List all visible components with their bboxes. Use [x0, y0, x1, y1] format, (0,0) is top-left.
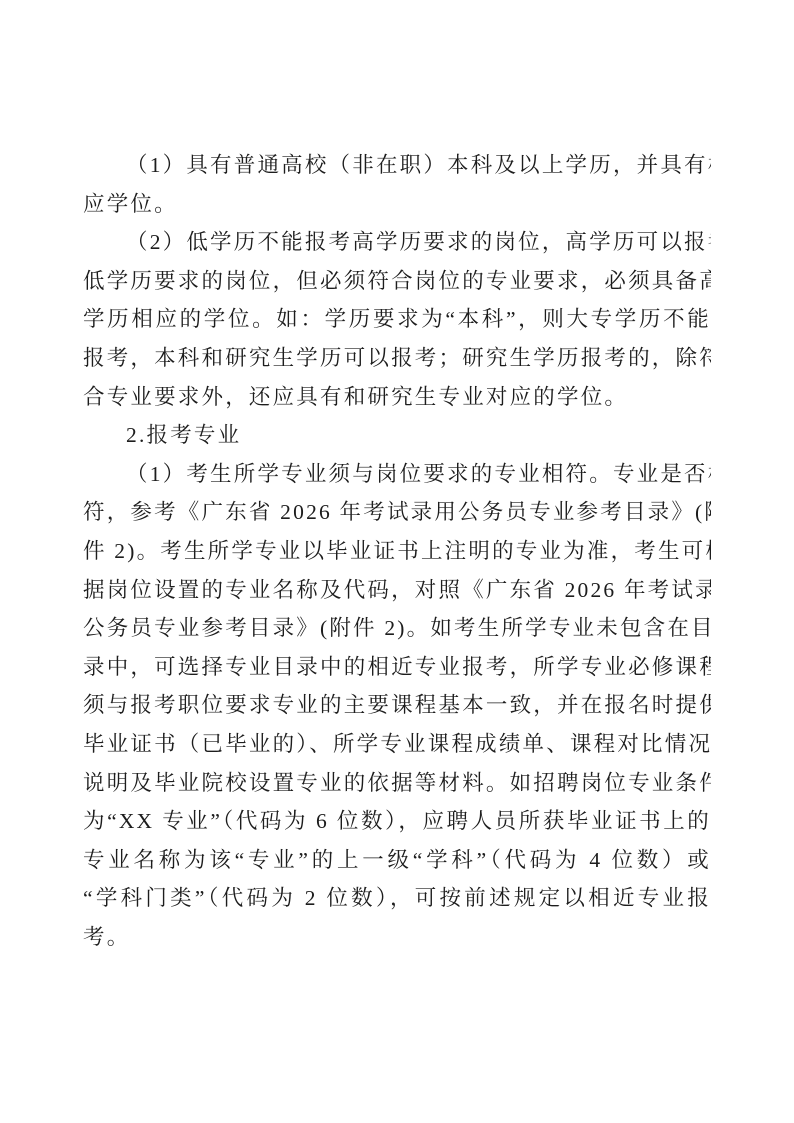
text-line: 据岗位设置的专业名称及代码，对照《广东省 2026 年考试录用 [83, 571, 711, 610]
text-line: （2）低学历不能报考高学历要求的岗位，高学历可以报考 [83, 223, 711, 262]
document-text-block: （1）具有普通高校（非在职）本科及以上学历，并具有相应学位。（2）低学历不能报考… [83, 146, 711, 956]
text-line: 报考，本科和研究生学历可以报考；研究生学历报考的，除符 [83, 339, 711, 378]
text-line: 符，参考《广东省 2026 年考试录用公务员专业参考目录》(附 [83, 493, 711, 532]
text-line: 须与报考职位要求专业的主要课程基本一致，并在报名时提供 [83, 686, 711, 725]
text-line: 录中，可选择专业目录中的相近专业报考，所学专业必修课程 [83, 648, 711, 687]
text-line: 考。 [83, 918, 711, 957]
text-line: 合专业要求外，还应具有和研究生专业对应的学位。 [83, 378, 711, 417]
text-line: 学历相应的学位。如：学历要求为“本科”，则大专学历不能 [83, 300, 711, 339]
text-line: 件 2)。考生所学专业以毕业证书上注明的专业为准，考生可根 [83, 532, 711, 571]
text-line: 说明及毕业院校设置专业的依据等材料。如招聘岗位专业条件 [83, 764, 711, 803]
text-line: “学科门类”（代码为 2 位数），可按前述规定以相近专业报 [83, 879, 711, 918]
text-line: 专业名称为该“专业”的上一级“学科”（代码为 4 位数）或 [83, 841, 711, 880]
text-line: 毕业证书（已毕业的）、所学专业课程成绩单、课程对比情况 [83, 725, 711, 764]
text-line: 为“XX 专业”（代码为 6 位数），应聘人员所获毕业证书上的 [83, 802, 711, 841]
text-line: （1）考生所学专业须与岗位要求的专业相符。专业是否相 [83, 455, 711, 494]
text-line: 低学历要求的岗位，但必须符合岗位的专业要求，必须具备高 [83, 262, 711, 301]
text-line: 应学位。 [83, 185, 711, 224]
document-page: （1）具有普通高校（非在职）本科及以上学历，并具有相应学位。（2）低学历不能报考… [0, 0, 794, 1123]
text-line: 2.报考专业 [83, 416, 711, 455]
text-line: （1）具有普通高校（非在职）本科及以上学历，并具有相 [83, 146, 711, 185]
text-line: 公务员专业参考目录》(附件 2)。如考生所学专业未包含在目 [83, 609, 711, 648]
